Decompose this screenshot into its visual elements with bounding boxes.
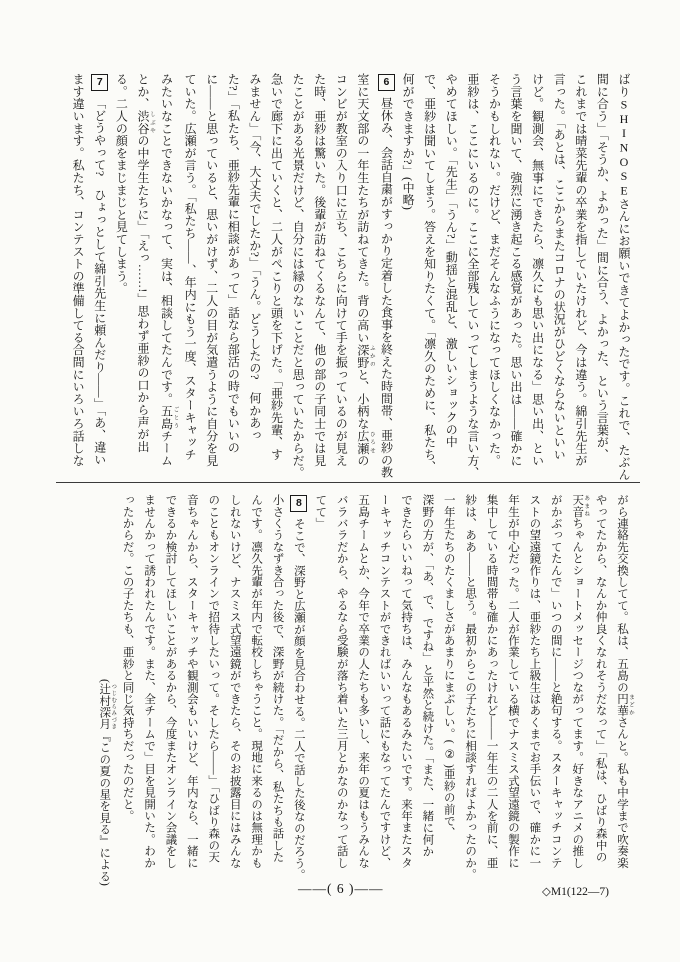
upright-text: ② [443,747,455,761]
text-column: 集中している時間帯も確かにあったけれど――一年生の二人を前に、亜 [480,494,501,886]
text-column: ストの望遠鏡作りは、亜紗たち上級生はあくまでお手伝いで、確かに一 [523,494,544,886]
text-column: 小さくうなずき合った後で、深野が続けた。「だから、私たちも話した [266,494,287,886]
page-number: ——( 6 )—— [298,881,384,897]
text-column: ます違います。私たち、コンテストの準備してる合間にいろいろ話しな [67,73,89,485]
text-column: ていた。広瀬が言う。「私たち――、年内にもう一度、スターキャッチ [179,73,201,485]
text-column: できるか検討してほしいことがあるから、今度またオンライン会議をし [159,494,180,886]
paragraph-column-8: 8そこで、深野と広瀬が顔を見合わせる。二人で話した後なのだろう。 [288,494,309,886]
ruby-annotated-name: 円華まどか [616,693,628,716]
text-column: う言葉を聞いて、強烈に湧き起こる感覚があった。思い出は――確かに [504,73,526,485]
text-column: 間に合う」「そうか、よかった」間に合う、よかった、という言葉が、 [591,73,613,485]
text-column: けど。観測会、無事にできたら、凛久にも思い出になる」思い出、とい [526,73,548,485]
passage-bottom-text-block: がら連絡先交換してて。私は、五島の円華まどかさんと。私も中学まで吹奏楽やってたか… [96,494,634,886]
document-code: ◇M1(122—7) [542,884,609,898]
text-column: 年生が中心だった。二人が作業している横でナスミス式望遠鏡の製作に [502,494,523,886]
text-column: た時、亜紗は驚いた。後輩が訪ねてくるなんて、他の部の子同士では見 [308,73,330,485]
text-column: やめてほしい。「先生」「うん?」動揺と混乱と、激しいショックの中 [440,73,462,485]
ruby-annotated-name: 深野ふかの [356,344,370,369]
text-column: ばりSHINOSEさんにお願いできてよかったです。これで、たぶん [612,73,634,485]
paragraph-number-box-6: 6 [378,74,395,91]
exam-page: ばりSHINOSEさんにお願いできてよかったです。これで、たぶん間に合う」「そう… [0,0,680,962]
text-column: 五島チームとか、今年で卒業の人たちも多いし、来年の夏はもうみんな [352,494,373,886]
ruby-annotated-name: 渋谷しぶや [136,110,150,135]
text-column: に――と思っていると、思いがけず、二人の目が気遣うように自分を見 [200,73,222,485]
text-column: とか、渋谷しぶやの中学生たちに」「えっ……!」思わず亜紗の口から声が出 [131,73,155,485]
text-column: そうかもしれない。だけど、まだそんなふうになってほしくなかった。 [483,73,505,485]
text-column: 言った。「あとは、ここからまたコロナの状況がひどくならないといい [548,73,570,485]
paragraph-column-6: 6昼休み、会話自粛がすっかり定着した食事を終えた時間帯、亜紗の教 [375,73,397,485]
ruby-annotated-name: 天音あまね [571,494,583,517]
text-column: バラバラだから、やるなら受験が落ち着いた三月とかなのかなって話し [330,494,351,886]
paragraph-column-7: 7「どうやって? ひょっとして綿引先生に頼んだり――」「あ、違い [88,73,110,485]
text-column: 紗は、ああ――と思う。最初からこの子たちに相談すればよかったのか。 [459,494,480,886]
text-column: 何ができますか?」(中略) [396,73,418,485]
paragraph-number-box-7: 7 [91,74,108,91]
text-column: で、亜紗は聞いてしまう。答えを知りたくて。「凛久のために、私たち、 [418,73,440,485]
text-column: みません」「今、大丈夫でしたか?」「うん。どうしたの? 何かあっ [243,73,265,485]
text-column: ったからだ。この子たちも、亜紗と同じ気持ちだったのだと。 [116,494,137,886]
text-column: 亜紗は、ここにいるのに。ここに全部残していってしまうような言い方、 [461,73,483,485]
text-column: 急いで廊下に出ていくと、二人がぺこりと頭を下げた。「亜紗先輩、す [265,73,287,485]
text-column: コンビが教室の入り口に立ち、こちらに向けて手を振っているのが見え [330,73,352,485]
text-column: ーキャッチコンテストができればいいって話にもなってたんですけど、 [373,494,394,886]
text-column: んです。凛久先輩が年内で転校しちゃうこと。現地に来るのは無理かも [245,494,266,886]
text-column: 一年生たちのたくましさがあまりにまぶしい。( ② )亜紗の前で、 [437,494,458,886]
text-column: ませんかって誘われたんです。また、全チームで」目を見開いた。わか [138,494,159,886]
text-column: のこともオンラインで招待したいって。そしたら――」「ひばり森の天 [202,494,223,886]
text-column: 深野の方が、「あ、で、ですね」と平然と続けた。「また、一緒に何か [416,494,437,886]
text-column: たことがある光景だけど、自分には縁のないことだと思っていたからだ。 [287,73,309,485]
upright-text: SHINOSE [617,98,631,198]
ruby-annotated-name: 辻村深月つじむらみづき [98,683,110,730]
text-column: やってたから、なんか仲良くなれそうだなって」「私は、ひばり森中の [589,494,610,886]
section-divider [56,482,640,483]
text-column: みたいなことできないかなって、実は、相談してたんです。五島ごとうチーム [155,73,179,485]
text-column: がかぶってたんで」いつの間に――と絶句する。スターキャッチコンテ [544,494,565,886]
text-column: がら連絡先交換してて。私は、五島の円華まどかさんと。私も中学まで吹奏楽 [611,494,634,886]
passage-top-text-block: ばりSHINOSEさんにお願いできてよかったです。これで、たぶん間に合う」「そう… [70,73,634,485]
text-column: できたらいいねって気持ちは、みんなもあるみたいです。来年またスタ [395,494,416,886]
text-column: てて」 [309,494,330,886]
text-column: (辻村深月つじむらみづき『この夏の星を見る』による) [93,494,116,886]
ruby-annotated-name: 広瀬ひろせ [356,430,370,455]
text-column: これまでは晴菜先輩の卒業を指していたけれど、今は違う。綿引先生が [569,73,591,485]
text-column: る。二人の顔をまじまじと見てしまう。 [110,73,132,485]
text-column: 天音あまねちゃんとショートメッセージつながってます。好きなアニメの推し [566,494,589,886]
ruby-annotated-name: 五島ごとう [160,405,174,430]
text-column: 音ちゃんから、スターキャッチや観測会もいいけど、年内なら、一緒に [180,494,201,886]
text-column: 室に天文部の一年生たちが訪ねてきた。背の高い深野ふかのと、小柄な広瀬ひろせの [351,73,375,485]
text-column: しれないけど、ナスミス式望遠鏡ができたら、そのお披露目にはみんな [223,494,244,886]
text-column: た?」「私たち、亜紗先輩に相談があって」話なら部活の時でもいいの [222,73,244,485]
paragraph-number-box-8: 8 [290,495,307,512]
